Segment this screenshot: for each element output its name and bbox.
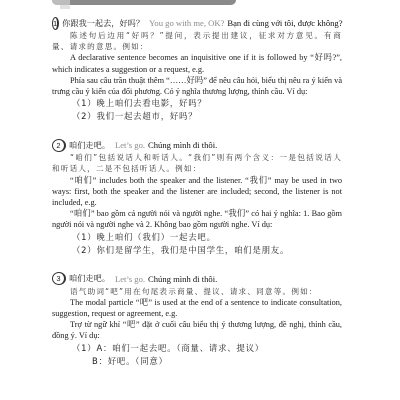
grammar-section-2: 2 咱们走吧。 Let’s go. Chúng mình đi thôi. “咱… [52,138,342,256]
explanation-vi: Trợ từ ngữ khí “吧” đặt ở cuối câu biểu t… [52,319,342,341]
section-title-zh: 你跟我一起去，好吗？ [62,18,144,29]
section-number-badge: 1 [52,17,59,30]
section-number-badge: 3 [52,272,66,285]
section-title-en: Let’s go. [115,140,145,150]
explanation-zh: 语气助词“吧”用在句尾表示商量、提议、请求、同意等。例如： [52,286,342,297]
example-sentence: （1）晚上咱们去看电影，好吗？ [52,97,342,110]
example-sentence: （1）A：咱们一起去吧。（商量、请求、提议） [52,342,342,355]
example-sentence: （2）你们是留学生，我们是中国学生，咱们是朋友。 [52,244,342,257]
grammar-section-3: 3 咱们走吧。 Let’s go. Chúng mình đi thôi. 语气… [52,272,342,368]
grammar-section-1: 1 你跟我一起去，好吗？ You go with me, OK? Bạn đi … [52,16,342,123]
section-title-en: Let’s go. [115,274,145,284]
explanation-vi: Phía sau câu trần thuật thêm “……好吗” để n… [52,75,342,97]
explanation-en: The modal particle “吧” is used at the en… [52,297,342,319]
explanation-vi: “咱们” bao gồm cả người nói và người nghe.… [52,208,342,230]
explanation-zh: “咱们”包括说话人和听话人。“我们”则有两个含义：一是包括说话人和听话人，二是不… [52,152,342,174]
section-title-vi: Chúng mình đi thôi. [148,274,217,284]
section-title-zh: 咱们走吧。 [69,140,110,151]
section-title-vi: Chúng mình đi thôi. [148,140,217,150]
section-heading: 1 你跟我一起去，好吗？ You go with me, OK? Bạn đi … [52,16,342,30]
example-sentence: （1）晚上咱们（我们）一起去吧。 [52,231,342,244]
section-title-en: You go with me, OK? [149,18,224,28]
section-title-zh: 咱们走吧。 [69,273,110,284]
section-number-badge: 2 [52,139,66,152]
chapter-header-bar [52,0,236,5]
explanation-en: A declarative sentence becomes an inquis… [52,52,342,74]
example-sentence: （2）我们一起去超市，好吗？ [52,110,342,123]
section-heading: 3 咱们走吧。 Let’s go. Chúng mình đi thôi. [52,272,342,286]
section-title-vi: Bạn đi cùng với tôi, được không? [227,18,342,28]
header-decoration [60,5,70,9]
explanation-en: “咱们” includes both the speaker and the l… [52,175,342,209]
example-sentence-response: B：好吧。（同意） [52,355,342,368]
section-heading: 2 咱们走吧。 Let’s go. Chúng mình đi thôi. [52,138,342,152]
explanation-zh: 陈述句后边用“好吗？”提问，表示提出建议，征求对方意见。有商量、请求的意思。例如… [52,30,342,52]
page-content: 1 你跟我一起去，好吗？ You go with me, OK? Bạn đi … [52,16,342,368]
